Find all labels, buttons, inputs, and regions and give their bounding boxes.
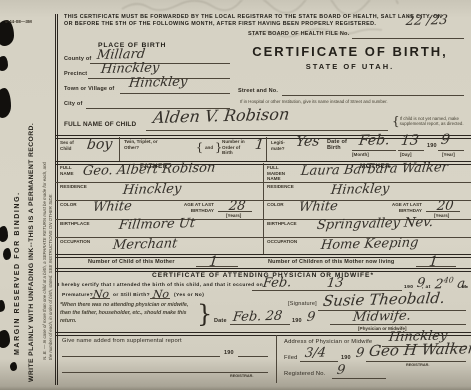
date-label: Date [214, 318, 227, 324]
town-value: Hinckley [128, 74, 188, 91]
street-label: Street and No. [238, 88, 278, 94]
m-label: M. [462, 285, 468, 290]
father-occupation-value: Merchant [112, 236, 178, 253]
father-color-value: White [92, 199, 133, 215]
town-label: Town or Village of [64, 86, 114, 92]
mother-occupation-value: Home Keeping [320, 235, 419, 253]
father-residence-label: RESIDENCE [60, 184, 87, 190]
ink-blot [0, 56, 8, 71]
supplemental-label: Give name added from supplemental report [62, 338, 272, 345]
father-birthplace-value: Fillmore Ut [118, 216, 196, 233]
hospital-note: If in Hospital or other Institution, giv… [240, 99, 466, 105]
filed-value: 3/4 [304, 345, 327, 361]
mother-color-value: White [298, 199, 339, 215]
unnamed-note: { If child is not yet named, make supple… [392, 114, 470, 128]
mother-residence-value: Hinckley [330, 181, 390, 198]
father-name-label: FULL NAME [60, 165, 82, 176]
city-label: City of [64, 101, 83, 107]
ink-blot [0, 226, 8, 242]
father-age-value: 28 [228, 199, 246, 214]
stillbirth-label: or Still Birth? [113, 293, 150, 298]
ink-blot [3, 248, 11, 260]
father-age-label: AGE AT LAST BIRTHDAY [168, 202, 214, 213]
legitimate-value: Yes [295, 133, 320, 150]
registrar-signature-value: Geo H Walker [368, 339, 471, 360]
brace-icon: { [196, 141, 203, 154]
county-label: County of [64, 56, 91, 62]
precinct-label: Precinct [64, 71, 87, 77]
file-number-label: STATE BOARD OF HEALTH FILE No. [248, 31, 349, 37]
year-bracket: [Year] [442, 152, 455, 158]
father-years-bracket: [Years] [226, 213, 241, 219]
ink-bleed-artifact [120, 0, 420, 14]
mother-age-value: 20 [436, 199, 454, 214]
mother-years-bracket: [Years] [434, 213, 449, 219]
certificate-scan: 5-44-08—3M MARGIN RESERVED FOR BINDING. … [0, 0, 471, 390]
certificate-subtitle: STATE OF UTAH. [232, 62, 468, 71]
yes-no-label: (Yes or No) [174, 293, 204, 298]
supplemental-year-print: 190 [224, 350, 234, 356]
regno-label: Registered No. [284, 371, 325, 378]
order-value: 1 [254, 137, 265, 153]
child-count-label: Number of Child of this Mother [88, 259, 175, 265]
physician-footnote: *When there was no attending physician o… [60, 302, 196, 325]
date-year-value: 9 [306, 310, 316, 325]
signature-label: [Signature] [288, 301, 317, 307]
dob-label: Date of Birth [327, 139, 351, 152]
mother-birthplace-label: BIRTHPLACE [267, 221, 297, 227]
and-connector: { and } [196, 141, 222, 154]
date-value: Feb. 28 [232, 309, 283, 325]
certify-day-value: 13 [326, 276, 344, 291]
order-label: Number in Order of Birth [222, 139, 250, 156]
mother-occupation-label: OCCUPATION [267, 239, 297, 245]
child-name-label: FULL NAME OF CHILD [64, 121, 136, 128]
forwarding-instruction: THIS CERTIFICATE MUST BE FORWARDED BY TH… [64, 14, 446, 29]
margin-nb-note-2: the number of each, in order of birth, s… [48, 60, 54, 360]
father-name-value: Geo. Albert Robison [82, 161, 216, 179]
day-bracket: [Day] [400, 152, 412, 158]
margin-permanent-note: WRITE PLAINLY WITH UNFADING INK--THIS IS… [28, 36, 35, 382]
file-number-value: 22 /23 [405, 13, 448, 29]
ink-blot [0, 330, 10, 348]
certify-month-value: Feb. [262, 275, 292, 291]
role-value: Midwife. [352, 308, 412, 325]
date-year-print: 190 [292, 318, 302, 324]
dob-day-value: 13 [400, 133, 420, 149]
filing-registrar-label: REGISTRAR. [406, 363, 429, 368]
regno-value: 9 [336, 363, 346, 378]
margin-nb-note-1: N. B. — In case of more than one child a… [42, 60, 48, 360]
father-occupation-label: OCCUPATION [60, 239, 90, 245]
dob-year-print: 190 [427, 143, 437, 149]
legitimate-label: Legiti- mate? [271, 140, 293, 151]
filed-year-print: 190 [341, 355, 351, 361]
ink-blot [0, 88, 11, 118]
certificate-title: CERTIFICATE OF BIRTH, [232, 44, 468, 59]
brace-icon: { [392, 114, 400, 128]
brace-icon: } [197, 300, 212, 328]
month-bracket: [Month] [352, 152, 369, 158]
sex-label: Sex of Child [60, 140, 84, 151]
physician-signature-value: Susie Theobald. [322, 289, 446, 310]
mother-age-label: AGE AT LAST BIRTHDAY [376, 202, 422, 213]
premature-label: Premature? [62, 293, 93, 298]
mother-birthplace-value: Springvalley Nev. [316, 215, 434, 233]
mother-color-label: COLOR [267, 202, 284, 208]
ink-blot [0, 300, 5, 312]
filed-label: Filed [284, 355, 298, 362]
dob-year-value: 9 [440, 132, 451, 148]
father-birthplace-label: BIRTHPLACE [60, 221, 90, 227]
father-color-label: COLOR [60, 202, 77, 208]
filed-year-value: 9 [355, 346, 365, 361]
mother-name-label: FULL MAIDEN NAME [267, 165, 297, 182]
living-count-label: Number of Children of this Mother now li… [268, 259, 394, 265]
dob-month-value: Feb. [358, 132, 391, 149]
margin-binding-note: MARGIN RESERVED FOR BINDING. [14, 55, 21, 355]
twin-label: Twin, Triplet, or Other? [124, 139, 158, 150]
ink-blot [10, 362, 17, 371]
sex-value: boy [86, 136, 113, 153]
child-name-value: Alden V. Robison [152, 104, 291, 127]
supplemental-registrar-label: REGISTRAR. [230, 374, 253, 379]
address-label: Address of Physician or Midwife [284, 339, 372, 346]
father-residence-value: Hinckley [122, 181, 182, 198]
form-number: 5-44-08—3M [5, 19, 32, 25]
mother-name-value: Laura Barbara Walker [300, 160, 449, 179]
mother-residence-label: RESIDENCE [267, 184, 294, 190]
